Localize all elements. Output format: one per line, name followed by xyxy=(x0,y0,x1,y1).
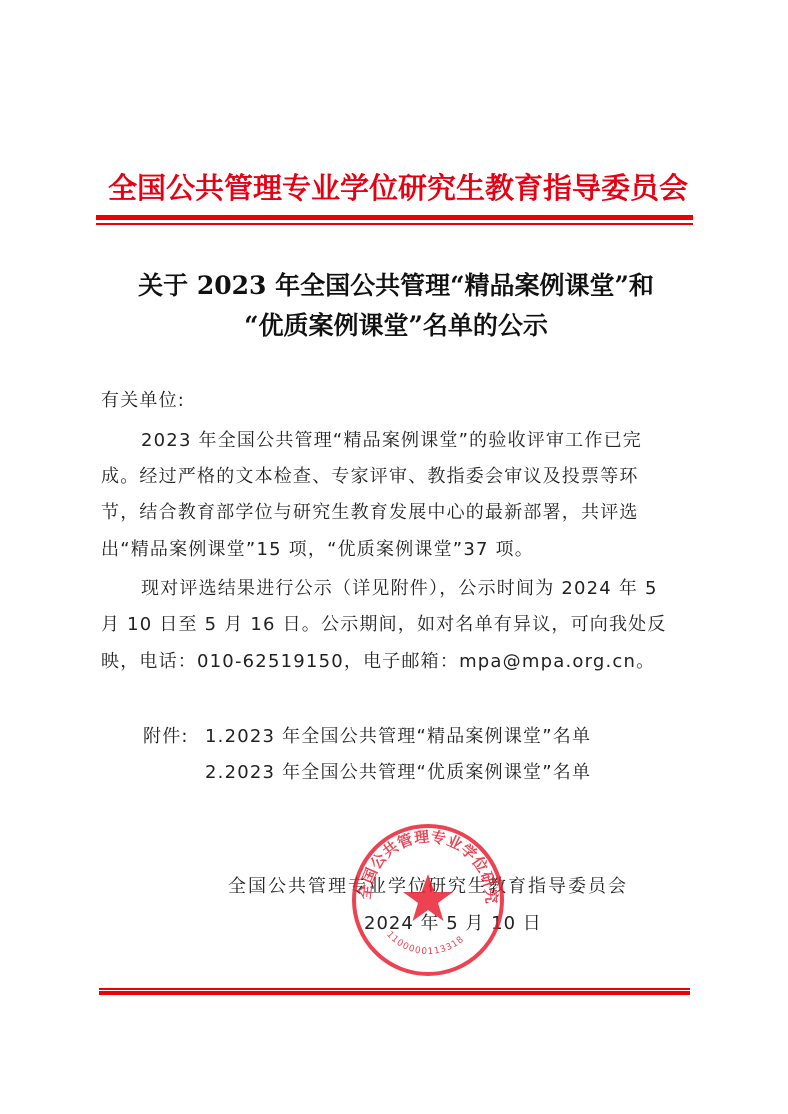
paragraph-1-line-3: 节，结合教育部学位与研究生教育发展中心的最新部署，共评选 xyxy=(101,498,639,524)
salutation: 有关单位: xyxy=(101,386,185,412)
document-title-line-2: “优质案例课堂”名单的公示 xyxy=(96,306,696,342)
footer-rule-thick xyxy=(99,991,690,995)
paragraph-1-line-1: 2023 年全国公共管理“精品案例课堂”的验收评审工作已完 xyxy=(141,426,642,452)
paragraph-2-line-3: 映，电话：010-62519150，电子邮箱：mpa@mpa.org.cn。 xyxy=(101,647,655,673)
paragraph-2-line-1: 现对评选结果进行公示（详见附件），公示时间为 2024 年 5 xyxy=(141,574,658,600)
official-seal: 全国公共管理专业学位研究生教育指导委员会 1100000113318 xyxy=(348,820,508,980)
masthead-rule-thick xyxy=(96,215,693,220)
masthead-organization: 全国公共管理专业学位研究生教育指导委员会 xyxy=(108,166,688,207)
attachment-item-1: 1.2023 年全国公共管理“精品案例课堂”名单 xyxy=(205,722,591,748)
paragraph-1-line-2: 成。经过严格的文本检查、专家评审、教指委会审议及投票等环 xyxy=(101,462,639,488)
paragraph-1-line-4: 出“精品案例课堂”15 项，“优质案例课堂”37 项。 xyxy=(101,535,534,561)
attachment-item-2: 2.2023 年全国公共管理“优质案例课堂”名单 xyxy=(205,758,591,784)
paragraph-2-line-2: 月 10 日至 5 月 16 日。公示期间，如对名单有异议，可向我处反 xyxy=(101,610,667,636)
svg-text:1100000113318: 1100000113318 xyxy=(384,930,466,957)
seal-icon: 全国公共管理专业学位研究生教育指导委员会 1100000113318 xyxy=(348,820,508,980)
masthead-rule-thin xyxy=(96,223,693,225)
document-title-line-1: 关于 2023 年全国公共管理“精品案例课堂”和 xyxy=(96,266,696,302)
footer-rule-thin xyxy=(99,988,690,990)
attachments-label: 附件: xyxy=(143,722,189,748)
